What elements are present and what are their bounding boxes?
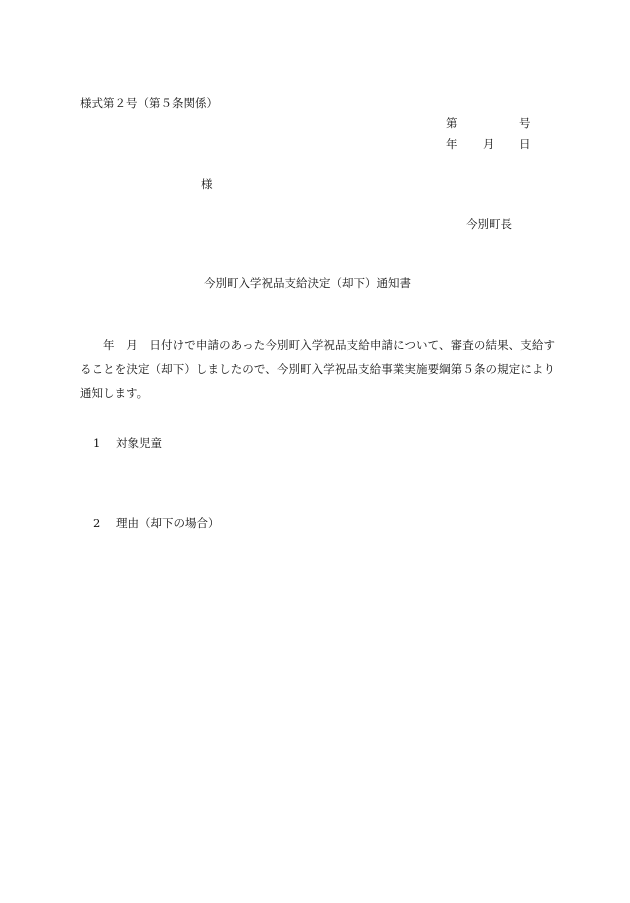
form-number: 様式第２号（第５条関係） xyxy=(80,98,218,110)
date-day: 日 xyxy=(519,139,531,151)
section-1-label: 対象児童 xyxy=(116,438,162,450)
doc-number-prefix: 第 xyxy=(446,118,458,130)
body-text: 年 月 日付けで申請のあった今別町入学祝品支給申請について、審査の結果、支給する… xyxy=(80,333,555,405)
addressee-honorific: 様 xyxy=(201,179,213,191)
section-1-number: 1 xyxy=(93,438,100,450)
section-2-label: 理由（却下の場合） xyxy=(116,518,220,530)
date-year: 年 xyxy=(446,139,458,151)
issuer: 今別町長 xyxy=(466,219,512,231)
document-title: 今別町入学祝品支給決定（却下）通知書 xyxy=(204,278,411,290)
section-2-number: 2 xyxy=(93,518,100,530)
date-month: 月 xyxy=(483,139,495,151)
doc-number-suffix: 号 xyxy=(519,118,531,130)
